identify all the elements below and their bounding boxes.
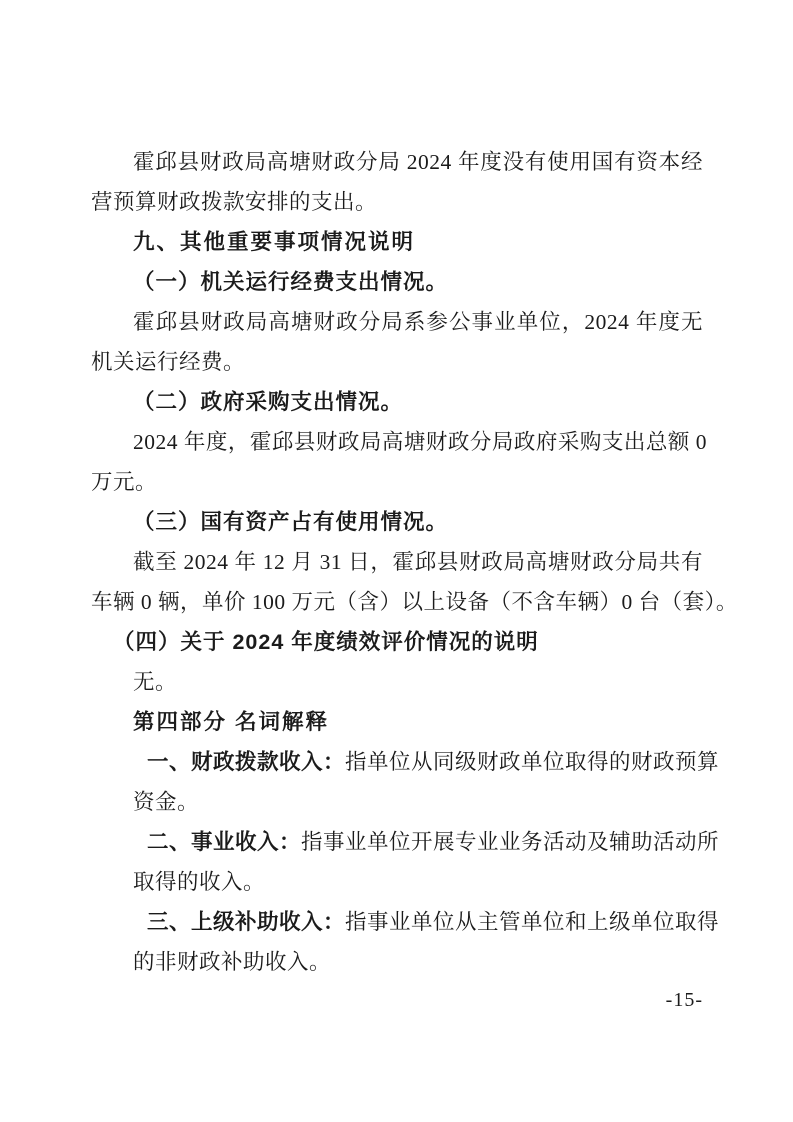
body-text: 营预算财政拨款安排的支出。 [91,190,377,214]
para-item-3: 截至 2024 年 12 月 31 日，霍邱县财政局高塘财政分局共有车辆 0 辆… [91,542,703,622]
bold-text: （三）国有资产占有使用情况。 [133,510,448,534]
body-text: 万元。 [91,470,157,494]
heading-item-3: （三）国有资产占有使用情况。 [91,502,703,542]
body-text: 霍邱县财政局高塘财政分局 2024 年度没有使用国有资本经 [133,150,703,174]
text-line: 二、事业收入：指事业单位开展专业业务活动及辅助活动所 [133,822,703,862]
text-line: （一）机关运行经费支出情况。 [91,262,703,302]
text-line: 三、上级补助收入：指事业单位从主管单位和上级单位取得 [133,902,703,942]
text-line: （二）政府采购支出情况。 [91,382,703,422]
text-line: 万元。 [91,462,703,502]
bold-text: （四）关于 2024 年度绩效评价情况的说明 [113,630,539,654]
bold-text: 一、财政拨款收入： [147,750,345,774]
text-line: 机关运行经费。 [91,342,703,382]
body-text: 2024 年度，霍邱县财政局高塘财政分局政府采购支出总额 0 [133,430,707,454]
body-text: 取得的收入。 [133,870,265,894]
body-text: 无。 [133,670,177,694]
text-line: 2024 年度，霍邱县财政局高塘财政分局政府采购支出总额 0 [91,422,703,462]
bold-text: （一）机关运行经费支出情况。 [133,270,448,294]
body-text: 车辆 0 辆，单价 100 万元（含）以上设备（不含车辆）0 台（套）。 [91,590,738,614]
text-line: 截至 2024 年 12 月 31 日，霍邱县财政局高塘财政分局共有 [91,542,703,582]
para-item-2: 2024 年度，霍邱县财政局高塘财政分局政府采购支出总额 0万元。 [91,422,703,502]
document-page: 霍邱县财政局高塘财政分局 2024 年度没有使用国有资本经营预算财政拨款安排的支… [0,0,793,1122]
bold-text: 第四部分 名词解释 [133,710,329,734]
bold-text: 二、事业收入： [147,830,301,854]
body-text: 截至 2024 年 12 月 31 日，霍邱县财政局高塘财政分局共有 [133,550,703,574]
text-line: 九、其他重要事项情况说明 [91,222,703,262]
text-line: 取得的收入。 [133,862,703,902]
page-number: -15- [91,984,703,1016]
heading-item-1: （一）机关运行经费支出情况。 [91,262,703,302]
body-text: 的非财政补助收入。 [133,950,331,974]
heading-item-4: （四）关于 2024 年度绩效评价情况的说明 [91,622,703,662]
body-text: 指事业单位开展专业业务活动及辅助活动所 [301,830,719,854]
text-line: 第四部分 名词解释 [91,702,703,742]
text-line: 无。 [91,662,703,702]
text-line: （三）国有资产占有使用情况。 [91,502,703,542]
para-item-4: 无。 [91,662,703,702]
body-text: 指事业单位从主管单位和上级单位取得 [345,910,719,934]
text-line: 的非财政补助收入。 [133,942,703,982]
document-body: 霍邱县财政局高塘财政分局 2024 年度没有使用国有资本经营预算财政拨款安排的支… [91,142,703,982]
bold-text: 九、其他重要事项情况说明 [133,230,415,254]
heading-section-nine: 九、其他重要事项情况说明 [91,222,703,262]
body-text: 资金。 [133,790,199,814]
body-text: 机关运行经费。 [91,350,245,374]
para-soe-capital-budget: 霍邱县财政局高塘财政分局 2024 年度没有使用国有资本经营预算财政拨款安排的支… [91,142,703,222]
term-definition-2: 二、事业收入：指事业单位开展专业业务活动及辅助活动所取得的收入。 [133,822,703,902]
bold-text: 三、上级补助收入： [147,910,345,934]
term-definition-1: 一、财政拨款收入：指单位从同级财政单位取得的财政预算资金。 [133,742,703,822]
text-line: 一、财政拨款收入：指单位从同级财政单位取得的财政预算 [133,742,703,782]
text-line: 车辆 0 辆，单价 100 万元（含）以上设备（不含车辆）0 台（套）。 [91,582,703,622]
heading-part-four: 第四部分 名词解释 [91,702,703,742]
text-line: 资金。 [133,782,703,822]
bold-text: （二）政府采购支出情况。 [133,390,403,414]
text-line: （四）关于 2024 年度绩效评价情况的说明 [91,622,703,662]
text-line: 霍邱县财政局高塘财政分局系参公事业单位，2024 年度无 [91,302,703,342]
para-item-1: 霍邱县财政局高塘财政分局系参公事业单位，2024 年度无机关运行经费。 [91,302,703,382]
text-line: 霍邱县财政局高塘财政分局 2024 年度没有使用国有资本经 [91,142,703,182]
text-line: 营预算财政拨款安排的支出。 [91,182,703,222]
term-definition-3: 三、上级补助收入：指事业单位从主管单位和上级单位取得的非财政补助收入。 [133,902,703,982]
body-text: 指单位从同级财政单位取得的财政预算 [345,750,719,774]
heading-item-2: （二）政府采购支出情况。 [91,382,703,422]
body-text: 霍邱县财政局高塘财政分局系参公事业单位，2024 年度无 [133,310,703,334]
